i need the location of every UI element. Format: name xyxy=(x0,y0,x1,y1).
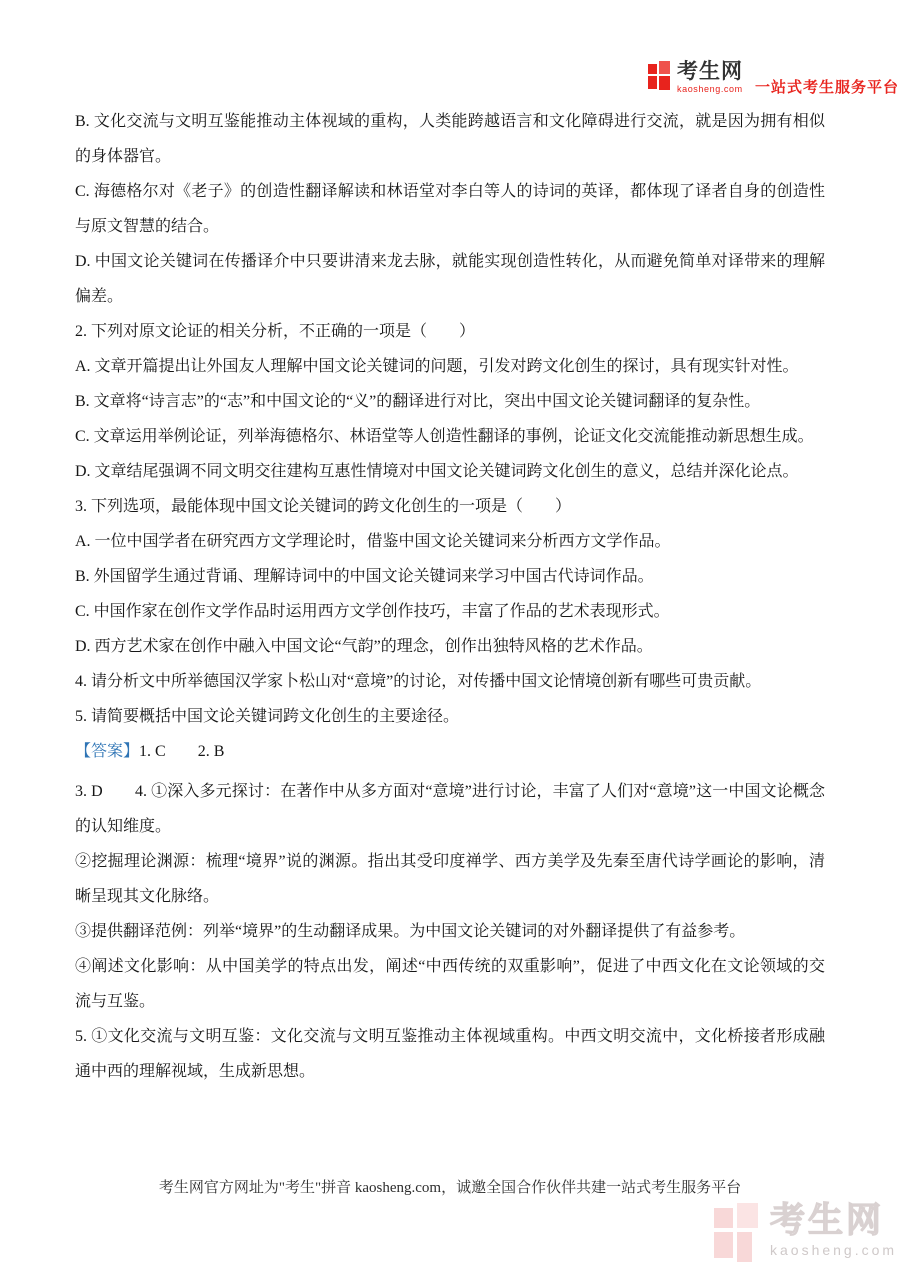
logo-block-icon xyxy=(648,76,657,89)
answer-values: 1. C 2. B xyxy=(139,743,224,760)
logo-block-icon xyxy=(648,64,657,74)
q5-stem: 5. 请简要概括中国文论关键词跨文化创生的主要途径。 xyxy=(75,699,825,734)
q1-option-d: D. 中国文论关键词在传播译介中只要讲清来龙去脉，就能实现创造性转化，从而避免简… xyxy=(75,244,825,314)
watermark-brand-name: 考生网 xyxy=(770,1203,897,1239)
q3-stem: 3. 下列选项，最能体现中国文论关键词的跨文化创生的一项是（ ） xyxy=(75,489,825,524)
q3-option-c: C. 中国作家在创作文学作品时运用西方文学创作技巧，丰富了作品的艺术表现形式。 xyxy=(75,594,825,629)
brand-slogan: 一站式考生服务平台 xyxy=(755,76,899,97)
logo-block-icon xyxy=(659,76,670,90)
watermark-brand-domain: kaosheng.com xyxy=(770,1242,897,1258)
watermark-text-block: 考生网 kaosheng.com xyxy=(770,1203,897,1258)
q2-option-c: C. 文章运用举例论证，列举海德格尔、林语堂等人创造性翻译的事例，论证文化交流能… xyxy=(75,419,825,454)
q2-stem: 2. 下列对原文论证的相关分析，不正确的一项是（ ） xyxy=(75,314,825,349)
page-footer: 考生网官方网址为"考生"拼音 kaosheng.com，诚邀全国合作伙伴共建一站… xyxy=(0,1176,900,1197)
brand-name: 考生网 xyxy=(677,61,743,82)
answer-label: 【答案】 xyxy=(75,743,139,760)
kaosheng-logo-watermark-icon xyxy=(714,1203,762,1263)
kaosheng-watermark: 考生网 kaosheng.com xyxy=(714,1203,897,1263)
q4-stem: 4. 请分析文中所举德国汉学家卜松山对“意境”的讨论，对传播中国文论情境创新有哪… xyxy=(75,664,825,699)
answer-4-point-4: ④阐述文化影响：从中国美学的特点出发，阐述“中西传统的双重影响”，促进了中西文化… xyxy=(75,949,825,1019)
kaosheng-logo-icon xyxy=(648,61,672,90)
q3-option-b: B. 外国留学生通过背诵、理解诗词中的中国文论关键词来学习中国古代诗词作品。 xyxy=(75,559,825,594)
brand-text-block: 考生网 kaosheng.com xyxy=(677,61,743,94)
answer-4-point-3: ③提供翻译范例：列举“境界”的生动翻译成果。为中国文论关键词的对外翻译提供了有益… xyxy=(75,914,825,949)
q3-option-a: A. 一位中国学者在研究西方文学理论时，借鉴中国文论关键词来分析西方文学作品。 xyxy=(75,524,825,559)
q3-option-d: D. 西方艺术家在创作中融入中国文论“气韵”的理念，创作出独特风格的艺术作品。 xyxy=(75,629,825,664)
logo-block-icon xyxy=(737,1203,758,1228)
logo-block-icon xyxy=(714,1232,733,1258)
answer-4-point-2: ②挖掘理论渊源：梳理“境界”说的渊源。指出其受印度禅学、西方美学及先秦至唐代诗学… xyxy=(75,844,825,914)
q1-option-b: B. 文化交流与文明互鉴能推动主体视域的重构，人类能跨越语言和文化障碍进行交流，… xyxy=(75,104,825,174)
answer-line: 【答案】1. C 2. B xyxy=(75,734,825,769)
site-header-logo: 考生网 kaosheng.com 一站式考生服务平台 xyxy=(648,61,899,97)
logo-block-icon xyxy=(737,1232,752,1262)
logo-block-icon xyxy=(659,61,670,74)
exam-content: B. 文化交流与文明互鉴能推动主体视域的重构，人类能跨越语言和文化障碍进行交流，… xyxy=(75,104,825,1089)
answer-5-point-1: 5. ①文化交流与文明互鉴：文化交流与文明互鉴推动主体视域重构。中西文明交流中，… xyxy=(75,1019,825,1089)
q2-option-d: D. 文章结尾强调不同文明交往建构互惠性情境对中国文论关键词跨文化创生的意义，总… xyxy=(75,454,825,489)
q2-option-b: B. 文章将“诗言志”的“志”和中国文论的“义”的翻译进行对比，突出中国文论关键… xyxy=(75,384,825,419)
q2-option-a: A. 文章开篇提出让外国友人理解中国文论关键词的问题，引发对跨文化创生的探讨，具… xyxy=(75,349,825,384)
logo-block-icon xyxy=(714,1208,733,1228)
q1-option-c: C. 海德格尔对《老子》的创造性翻译解读和林语堂对李白等人的诗词的英译，都体现了… xyxy=(75,174,825,244)
brand-domain: kaosheng.com xyxy=(677,84,743,94)
answer-3-and-4: 3. D 4. ①深入多元探讨：在著作中从多方面对“意境”进行讨论，丰富了人们对… xyxy=(75,774,825,844)
